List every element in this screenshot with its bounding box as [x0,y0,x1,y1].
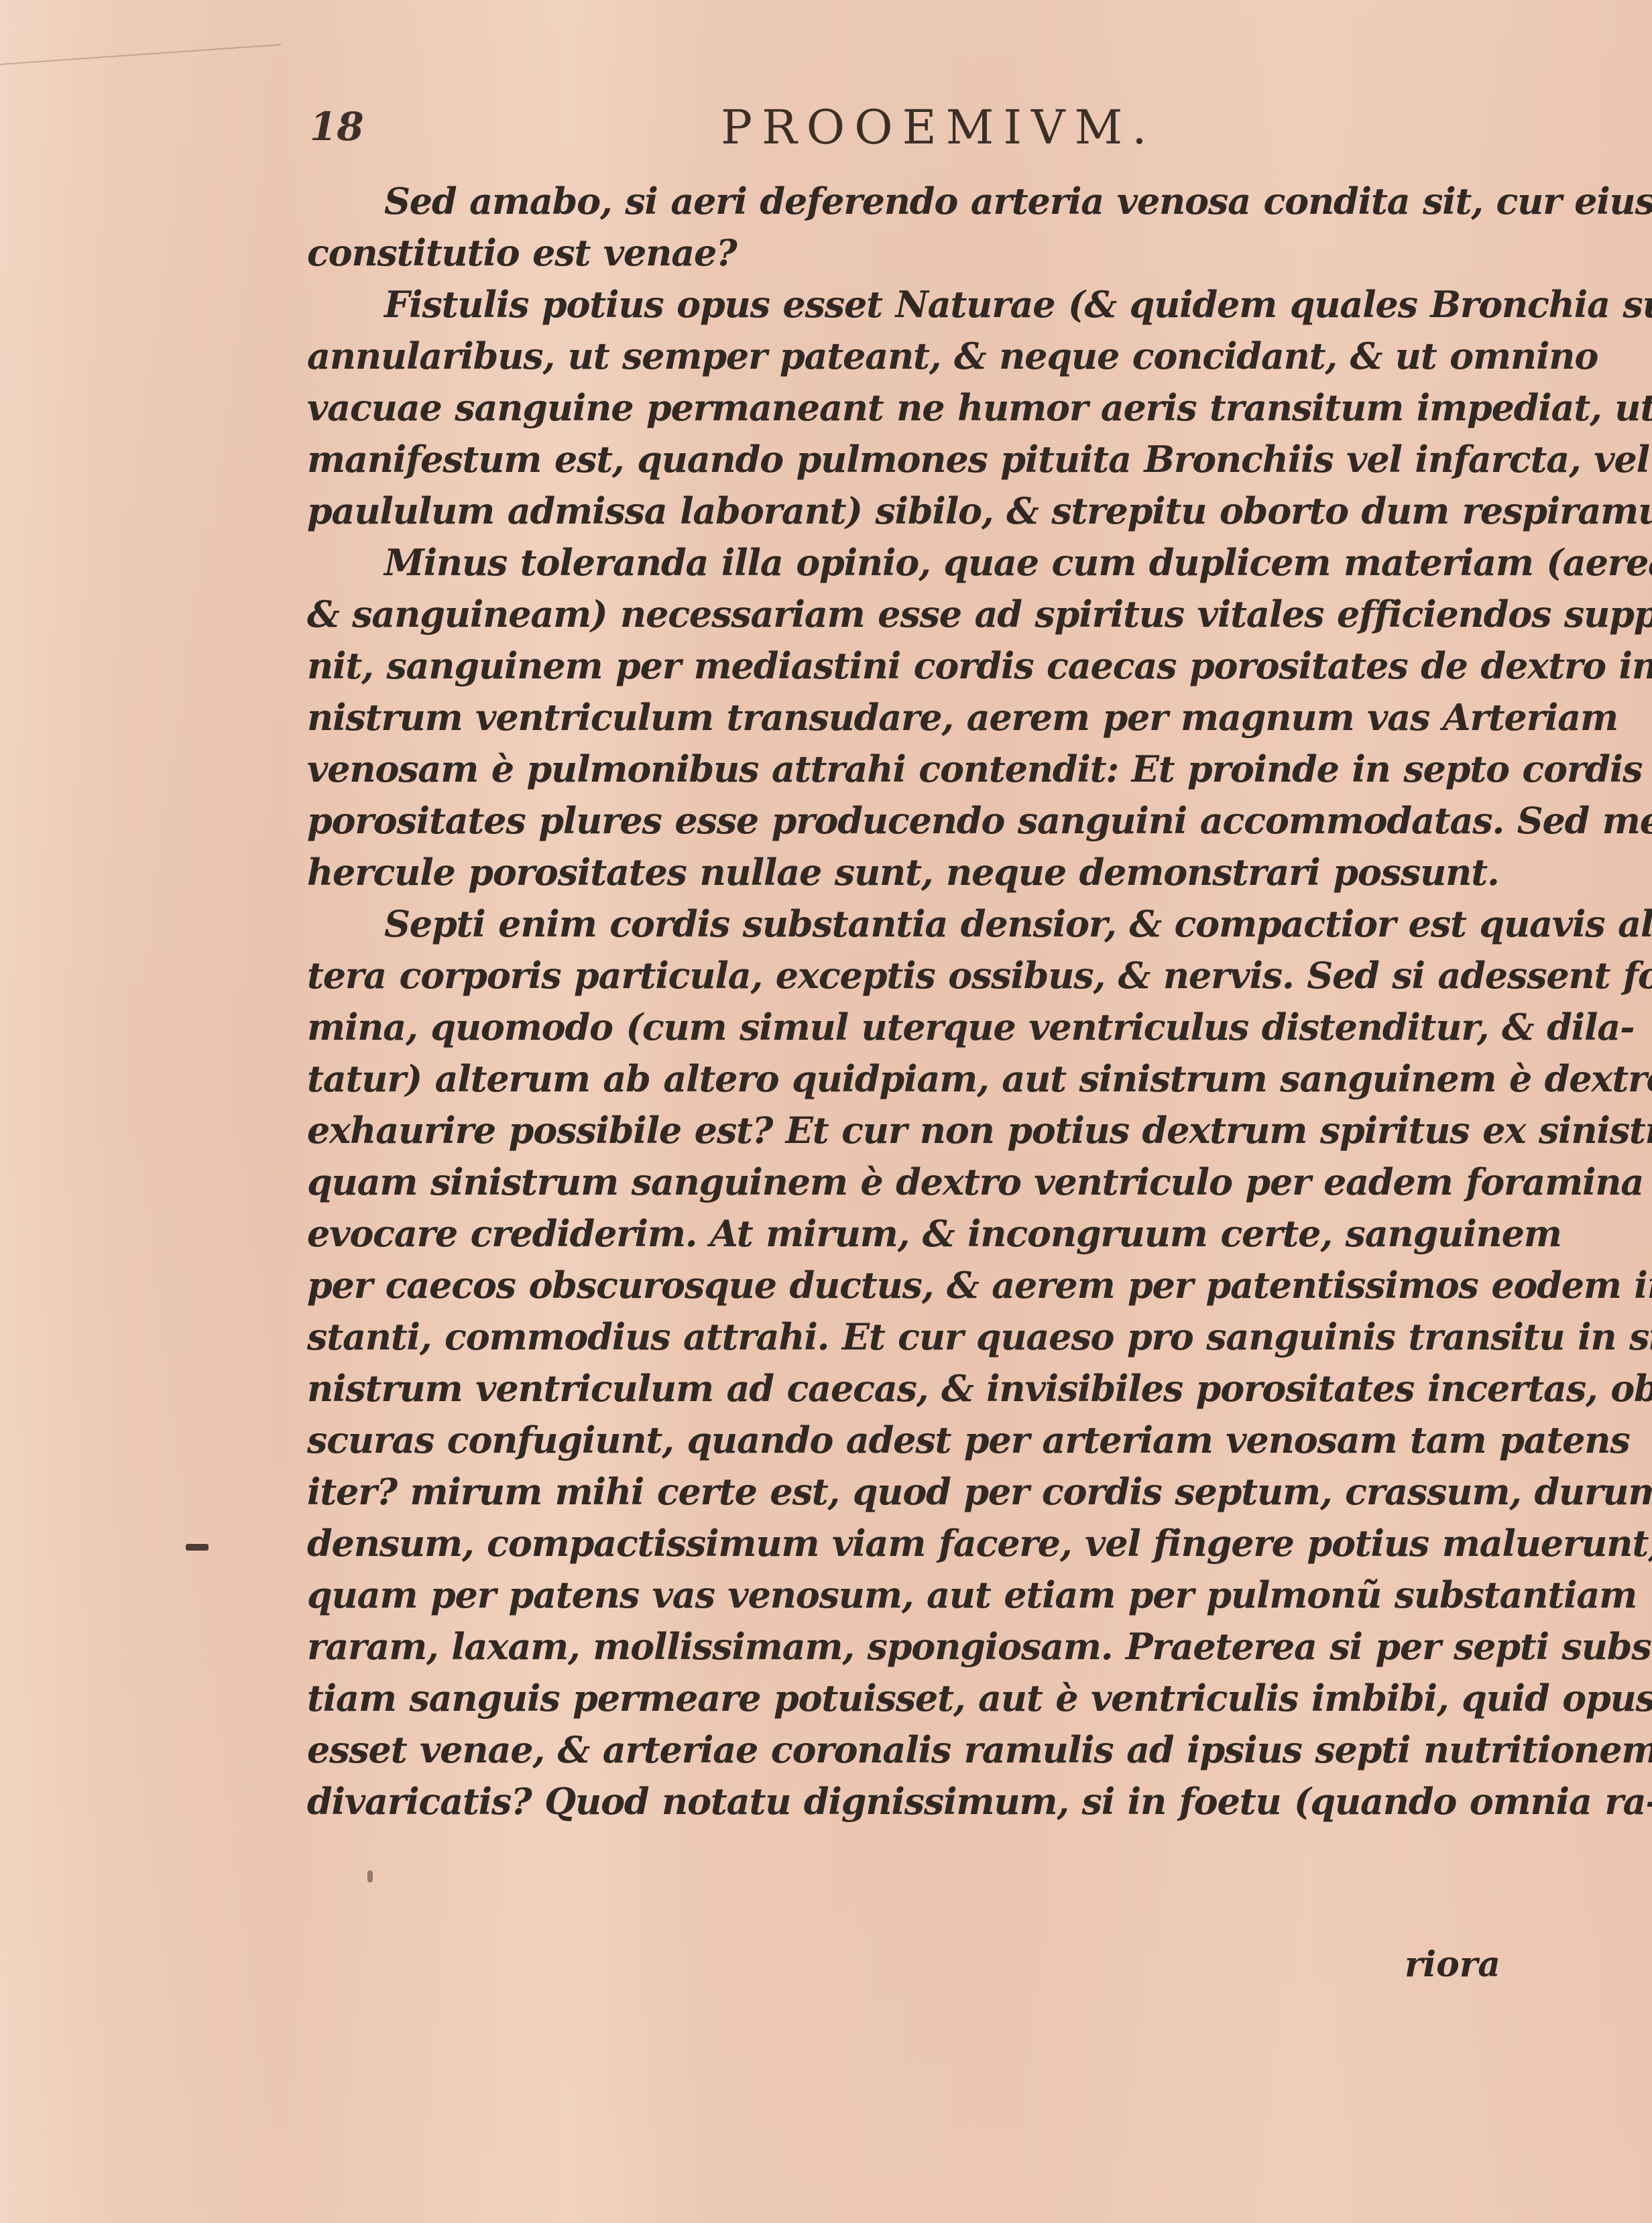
text-line: evocare crediderim. At mirum, & incongru… [307,1208,1541,1260]
text-line: stanti, commodius attrahi. Et cur quaeso… [307,1311,1541,1363]
catchword: riora [1405,1947,1500,1982]
text-line: venosam è pulmonibus attrahi contendit: … [307,743,1541,795]
text-line: tera corporis particula, exceptis ossibu… [307,950,1541,1002]
ink-blot [367,1870,373,1882]
text-line: exhaurire possibile est? Et cur non poti… [307,1105,1541,1156]
body-text: Sed amabo, si aeri deferendo arteria ven… [307,176,1541,1827]
text-line: densum, compactissimum viam facere, vel … [307,1518,1541,1569]
paper-crease [0,44,281,65]
text-line: quam sinistrum sanguinem è dextro ventri… [307,1156,1541,1208]
text-line: Sed amabo, si aeri deferendo arteria ven… [307,176,1541,227]
text-line: nit, sanguinem per mediastini cordis cae… [307,640,1541,692]
text-line: Septi enim cordis substantia densior, & … [307,898,1541,950]
text-line: mina, quomodo (cum simul uterque ventric… [307,1002,1541,1053]
text-line: tiam sanguis permeare potuisset, aut è v… [307,1673,1541,1724]
text-line: Minus toleranda illa opinio, quae cum du… [307,537,1541,589]
page-number: 18 [310,107,364,146]
text-line: Fistulis potius opus esset Naturae (& qu… [307,279,1541,331]
text-line: quam per patens vas venosum, aut etiam p… [307,1569,1541,1621]
text-line: nistrum ventriculum transudare, aerem pe… [307,692,1541,743]
text-line: annularibus, ut semper pateant, & neque … [307,331,1541,382]
text-line: raram, laxam, mollissimam, spongiosam. P… [307,1621,1541,1673]
book-page: 18 PROOEMIVM. Sed amabo, si aeri deferen… [0,0,1652,2223]
text-line: constitutio est venae? [307,227,1541,279]
running-head: PROOEMIVM. [721,104,1156,151]
text-line: manifestum est, quando pulmones pituita … [307,434,1541,485]
text-line: esset venae, & arteriae coronalis ramuli… [307,1724,1541,1776]
margin-ink-mark [186,1544,209,1551]
text-line: hercule porositates nullae sunt, neque d… [307,847,1541,898]
text-line: iter? mirum mihi certe est, quod per cor… [307,1466,1541,1518]
text-line: divaricatis? Quod notatu dignissimum, si… [307,1776,1541,1827]
text-line: porositates plures esse producendo sangu… [307,795,1541,847]
text-line: scuras confugiunt, quando adest per arte… [307,1415,1541,1466]
text-line: vacuae sanguine permaneant ne humor aeri… [307,382,1541,434]
text-line: & sanguineam) necessariam esse ad spirit… [307,589,1541,640]
text-line: tatur) alterum ab altero quidpiam, aut s… [307,1053,1541,1105]
text-line: nistrum ventriculum ad caecas, & invisib… [307,1363,1541,1415]
text-line: paululum admissa laborant) sibilo, & str… [307,485,1541,537]
text-line: per caecos obscurosque ductus, & aerem p… [307,1260,1541,1311]
